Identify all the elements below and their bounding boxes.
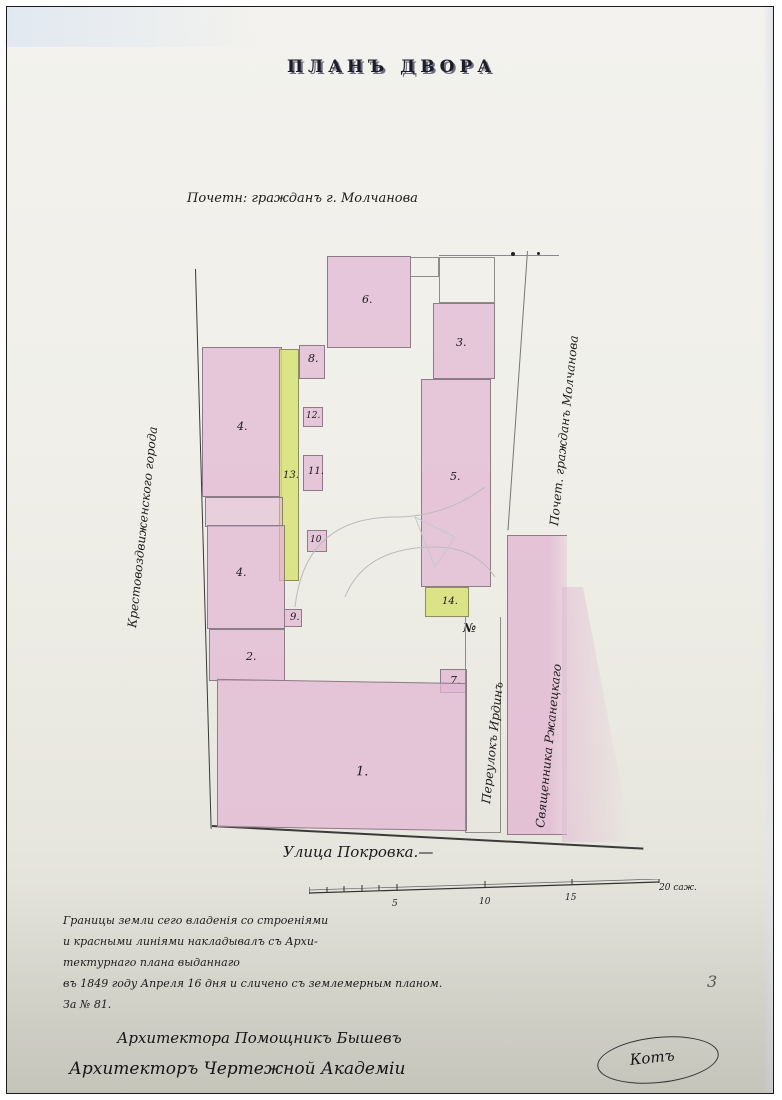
building-number: 4. xyxy=(237,420,248,433)
margin-number: 3 xyxy=(707,972,717,991)
building-number: 8. xyxy=(308,352,319,365)
building-number: 12. xyxy=(306,411,320,421)
survey-point-marker xyxy=(537,252,540,255)
scale-bar-graphic xyxy=(309,879,661,895)
scale-tick-label: 10 xyxy=(479,897,490,907)
note-line: Границы земли сего владенія со строеніям… xyxy=(63,910,442,931)
building-5: 5. xyxy=(421,379,491,587)
building-number: 6. xyxy=(362,293,373,306)
building-8: 8. xyxy=(299,345,325,379)
building-10: 10 xyxy=(307,530,327,552)
survey-point-marker xyxy=(511,252,515,256)
neighbor-lot-wash xyxy=(562,587,632,842)
building-12: 12. xyxy=(303,407,323,427)
yard-outline xyxy=(439,257,495,303)
scanned-document: ПЛАНЪ ДВОРА Почетн: гражданъ г. Молчанов… xyxy=(6,6,774,1094)
building-3: 3. xyxy=(433,303,495,379)
signature-assistant-architect: Архитектора Помощникъ Бышевъ xyxy=(117,1029,402,1047)
annex-14: 14. xyxy=(425,587,469,617)
building-number: 11. xyxy=(308,466,324,477)
scale-bar xyxy=(309,879,661,895)
certification-notes: Границы земли сего владенія со строеніям… xyxy=(63,910,442,1015)
building-number: 2. xyxy=(246,650,257,663)
note-line: За № 81. xyxy=(63,994,442,1015)
note-line: тектурнаго плана выданнаго xyxy=(63,952,442,973)
building-4-passage xyxy=(205,497,283,527)
building-number: 4. xyxy=(236,566,247,579)
signature-architect: Архитекторъ Чертежной Академіи xyxy=(69,1059,405,1079)
scale-tick-label: 20 саж. xyxy=(659,883,697,893)
building-number: 10 xyxy=(310,535,321,545)
building-number: 14. xyxy=(442,596,458,607)
scale-tick-label: 5 xyxy=(392,899,398,909)
yard-outline xyxy=(411,257,439,277)
building-4-north: 4. xyxy=(202,347,282,497)
building-6: 6. xyxy=(327,256,411,348)
note-line: въ 1849 году Апреля 16 дня и сличено съ … xyxy=(63,973,442,994)
right-boundary-line xyxy=(507,251,528,530)
building-number: 13. xyxy=(283,470,299,481)
building-number: 5. xyxy=(450,470,461,483)
building-11: 11. xyxy=(303,455,323,491)
street-label: Улица Покровка.— xyxy=(283,843,433,861)
building-number: 1. xyxy=(356,764,368,779)
building-9: 9. xyxy=(284,609,302,627)
building-4-south: 4. xyxy=(207,525,285,629)
left-neighbor-label: Крестовоздвиженского города xyxy=(125,426,160,629)
right-neighbor-label: Почет. гражданъ Молчанова xyxy=(547,335,581,527)
top-neighbor-label: Почетн: гражданъ г. Молчанова xyxy=(187,191,418,206)
building-2: 2. xyxy=(209,629,285,681)
note-line: и красными линіями накладывалъ съ Архи- xyxy=(63,931,442,952)
building-number: 3. xyxy=(456,336,467,349)
building-number: 9. xyxy=(290,612,300,623)
paper-stain xyxy=(7,7,267,47)
document-title: ПЛАНЪ ДВОРА xyxy=(287,57,496,77)
building-1: 1. xyxy=(217,679,467,831)
seal-text: Котъ xyxy=(629,1046,676,1069)
top-boundary-line xyxy=(439,255,559,256)
scale-tick-label: 15 xyxy=(565,893,576,903)
